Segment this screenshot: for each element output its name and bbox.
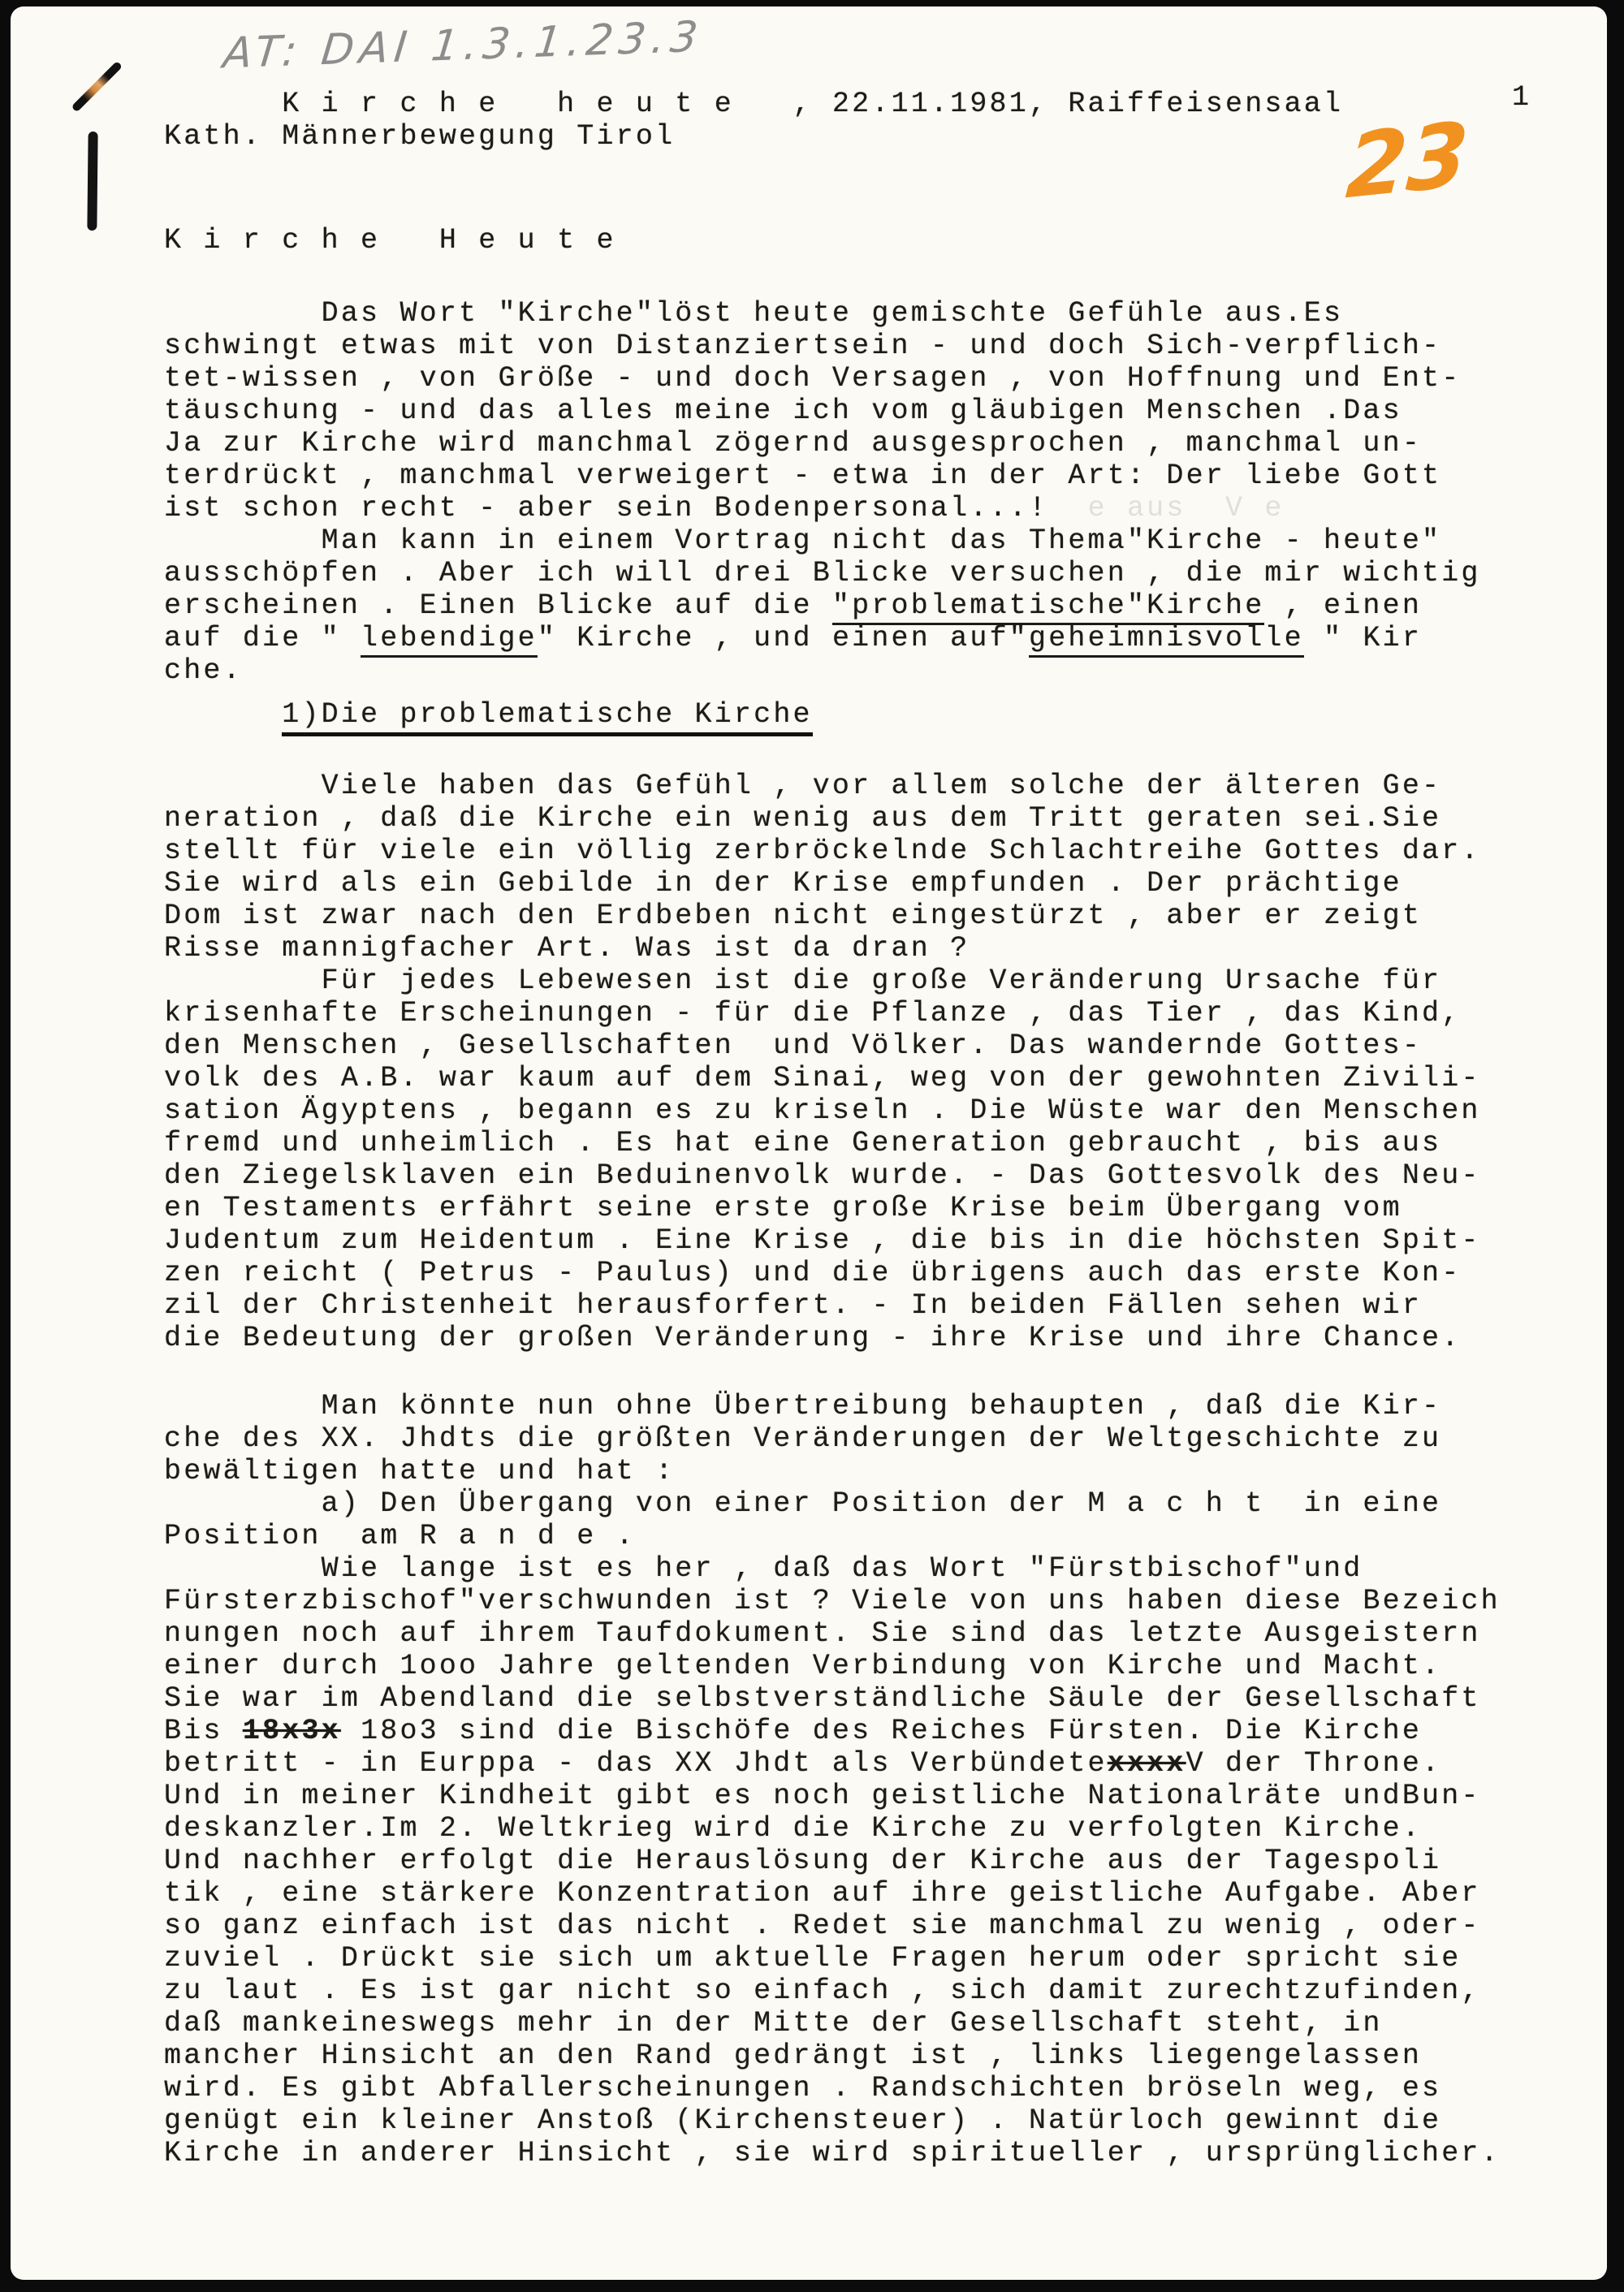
typewritten-line: volk des A.B. war kaum auf dem Sinai, we… [164,1062,1599,1094]
typewritten-line: bewältigen hatte und hat : [164,1455,1599,1487]
typewritten-line: sation Ägyptens , begann es zu kriseln .… [164,1094,1599,1127]
typewritten-line: tik , eine stärkere Konzentration auf ih… [164,1877,1599,1910]
typewritten-line: so ganz einfach ist das nicht . Redet si… [164,1910,1599,1942]
typewritten-line: a) Den Übergang von einer Position der M… [164,1487,1599,1520]
typewritten-line: Position am R a n d e . [164,1520,1599,1552]
typewritten-line: den Menschen , Gesellschaften und Völker… [164,1029,1599,1062]
typewritten-line: Viele haben das Gefühl , vor allem solch… [164,770,1599,802]
typewritten-line: ist schon recht - aber sein Bodenpersona… [164,492,1599,524]
pen-slash-mark [71,61,123,113]
typewritten-line: Risse mannigfacher Art. Was ist da dran … [164,932,1599,965]
document-title: K i r c h e H e u t e [164,224,1599,257]
pen-vertical-mark [87,132,97,231]
typewritten-line: zil der Christenheit herausforfert. - In… [164,1289,1599,1322]
typewritten-line: K i r c h e H e u t e [164,224,1599,257]
typewritten-line: schwingt etwas mit von Distanziertsein -… [164,330,1599,362]
document-page: AT: DAI 1.3.1.23.3 1 23 K i r c h e h e … [11,6,1607,2280]
typewritten-line: Fürsterzbischof"verschwunden ist ? Viele… [164,1585,1599,1617]
paragraph-change-of-position: Man könnte nun ohne Übertreibung behaupt… [164,1390,1599,2169]
typewritten-line: Man könnte nun ohne Übertreibung behaupt… [164,1390,1599,1422]
typewritten-line: Für jedes Lebewesen ist die große Veränd… [164,965,1599,997]
typewritten-line: genügt ein kleiner Anstoß (Kirchensteuer… [164,2104,1599,2137]
typewritten-line: mancher Hinsicht an den Rand gedrängt is… [164,2039,1599,2072]
typewritten-line: che des XX. Jhdts die größten Veränderun… [164,1422,1599,1455]
paragraph-problematic-church: Viele haben das Gefühl , vor allem solch… [164,770,1599,1354]
scanned-page-background: AT: DAI 1.3.1.23.3 1 23 K i r c h e h e … [0,0,1624,2292]
typewritten-line: tet-wissen , von Größe - und doch Versag… [164,362,1599,395]
typewritten-line: Das Wort "Kirche"löst heute gemischte Ge… [164,297,1599,330]
typewritten-line: täuschung - und das alles meine ich vom … [164,395,1599,427]
typewritten-line: Und nachher erfolgt die Herauslösung der… [164,1845,1599,1877]
typewritten-line: Man kann in einem Vortrag nicht das Them… [164,524,1599,557]
typewritten-line: terdrückt , manchmal verweigert - etwa i… [164,460,1599,492]
archive-annotation-handwritten: AT: DAI 1.3.1.23.3 [221,13,706,79]
typewritten-line: zuviel . Drückt sie sich um aktuelle Fra… [164,1942,1599,1975]
typewritten-line: fremd und unheimlich . Es hat eine Gener… [164,1127,1599,1159]
typewritten-line: Und in meiner Kindheit gibt es noch geis… [164,1780,1599,1812]
typewritten-line: en Testaments erfährt seine erste große … [164,1192,1599,1224]
typewritten-line: auf die " lebendige" Kirche , und einen … [164,622,1599,654]
typewritten-line: Judentum zum Heidentum . Eine Krise , di… [164,1224,1599,1257]
typewritten-line: Kirche in anderer Hinsicht , sie wird sp… [164,2137,1599,2169]
typewritten-line: Sie war im Abendland die selbstverständl… [164,1682,1599,1715]
typewritten-line: Dom ist zwar nach den Erdbeben nicht ein… [164,900,1599,932]
typewritten-line: Ja zur Kirche wird manchmal zögernd ausg… [164,427,1599,460]
typewritten-line: krisenhafte Erscheinungen - für die Pfla… [164,997,1599,1029]
typewritten-line: Kath. Männerbewegung Tirol [164,120,1599,153]
typewritten-line: betritt - in Eurppa - das XX Jhdt als Ve… [164,1747,1599,1780]
typewritten-line: zen reicht ( Petrus - Paulus) und die üb… [164,1257,1599,1289]
typewritten-line: 1)Die problematische Kirche [164,698,1599,731]
paragraph-intro: Das Wort "Kirche"löst heute gemischte Ge… [164,297,1599,687]
typewritten-line: deskanzler.Im 2. Weltkrieg wird die Kirc… [164,1812,1599,1845]
typewritten-line: Bis 18x3x 18o3 sind die Bischöfe des Rei… [164,1715,1599,1747]
typewritten-line: Sie wird als ein Gebilde in der Krise em… [164,867,1599,900]
typewritten-line: einer durch 1ooo Jahre geltenden Verbind… [164,1650,1599,1682]
typewritten-line: daß mankeineswegs mehr in der Mitte der … [164,2007,1599,2039]
typewritten-line: zu laut . Es ist gar nicht so einfach , … [164,1975,1599,2007]
typewritten-line: ausschöpfen . Aber ich will drei Blicke … [164,557,1599,589]
typewritten-line: erscheinen . Einen Blicke auf die "probl… [164,589,1599,622]
typewritten-line: wird. Es gibt Abfallerscheinungen . Rand… [164,2072,1599,2104]
typewritten-line: den Ziegelsklaven ein Beduinenvolk wurde… [164,1159,1599,1192]
typewritten-line: stellt für viele ein völlig zerbröckelnd… [164,835,1599,867]
typewritten-line: K i r c h e h e u t e , 22.11.1981, Raif… [164,88,1599,120]
typewritten-line: nungen noch auf ihrem Taufdokument. Sie … [164,1617,1599,1650]
typewritten-line: Wie lange ist es her , daß das Wort "Für… [164,1552,1599,1585]
section-heading-1: 1)Die problematische Kirche [164,698,1599,731]
typewritten-line: neration , daß die Kirche ein wenig aus … [164,802,1599,835]
header-block: K i r c h e h e u t e , 22.11.1981, Raif… [164,88,1599,153]
typewritten-line: die Bedeutung der großen Veränderung - i… [164,1322,1599,1354]
typewritten-line: che. [164,654,1599,687]
